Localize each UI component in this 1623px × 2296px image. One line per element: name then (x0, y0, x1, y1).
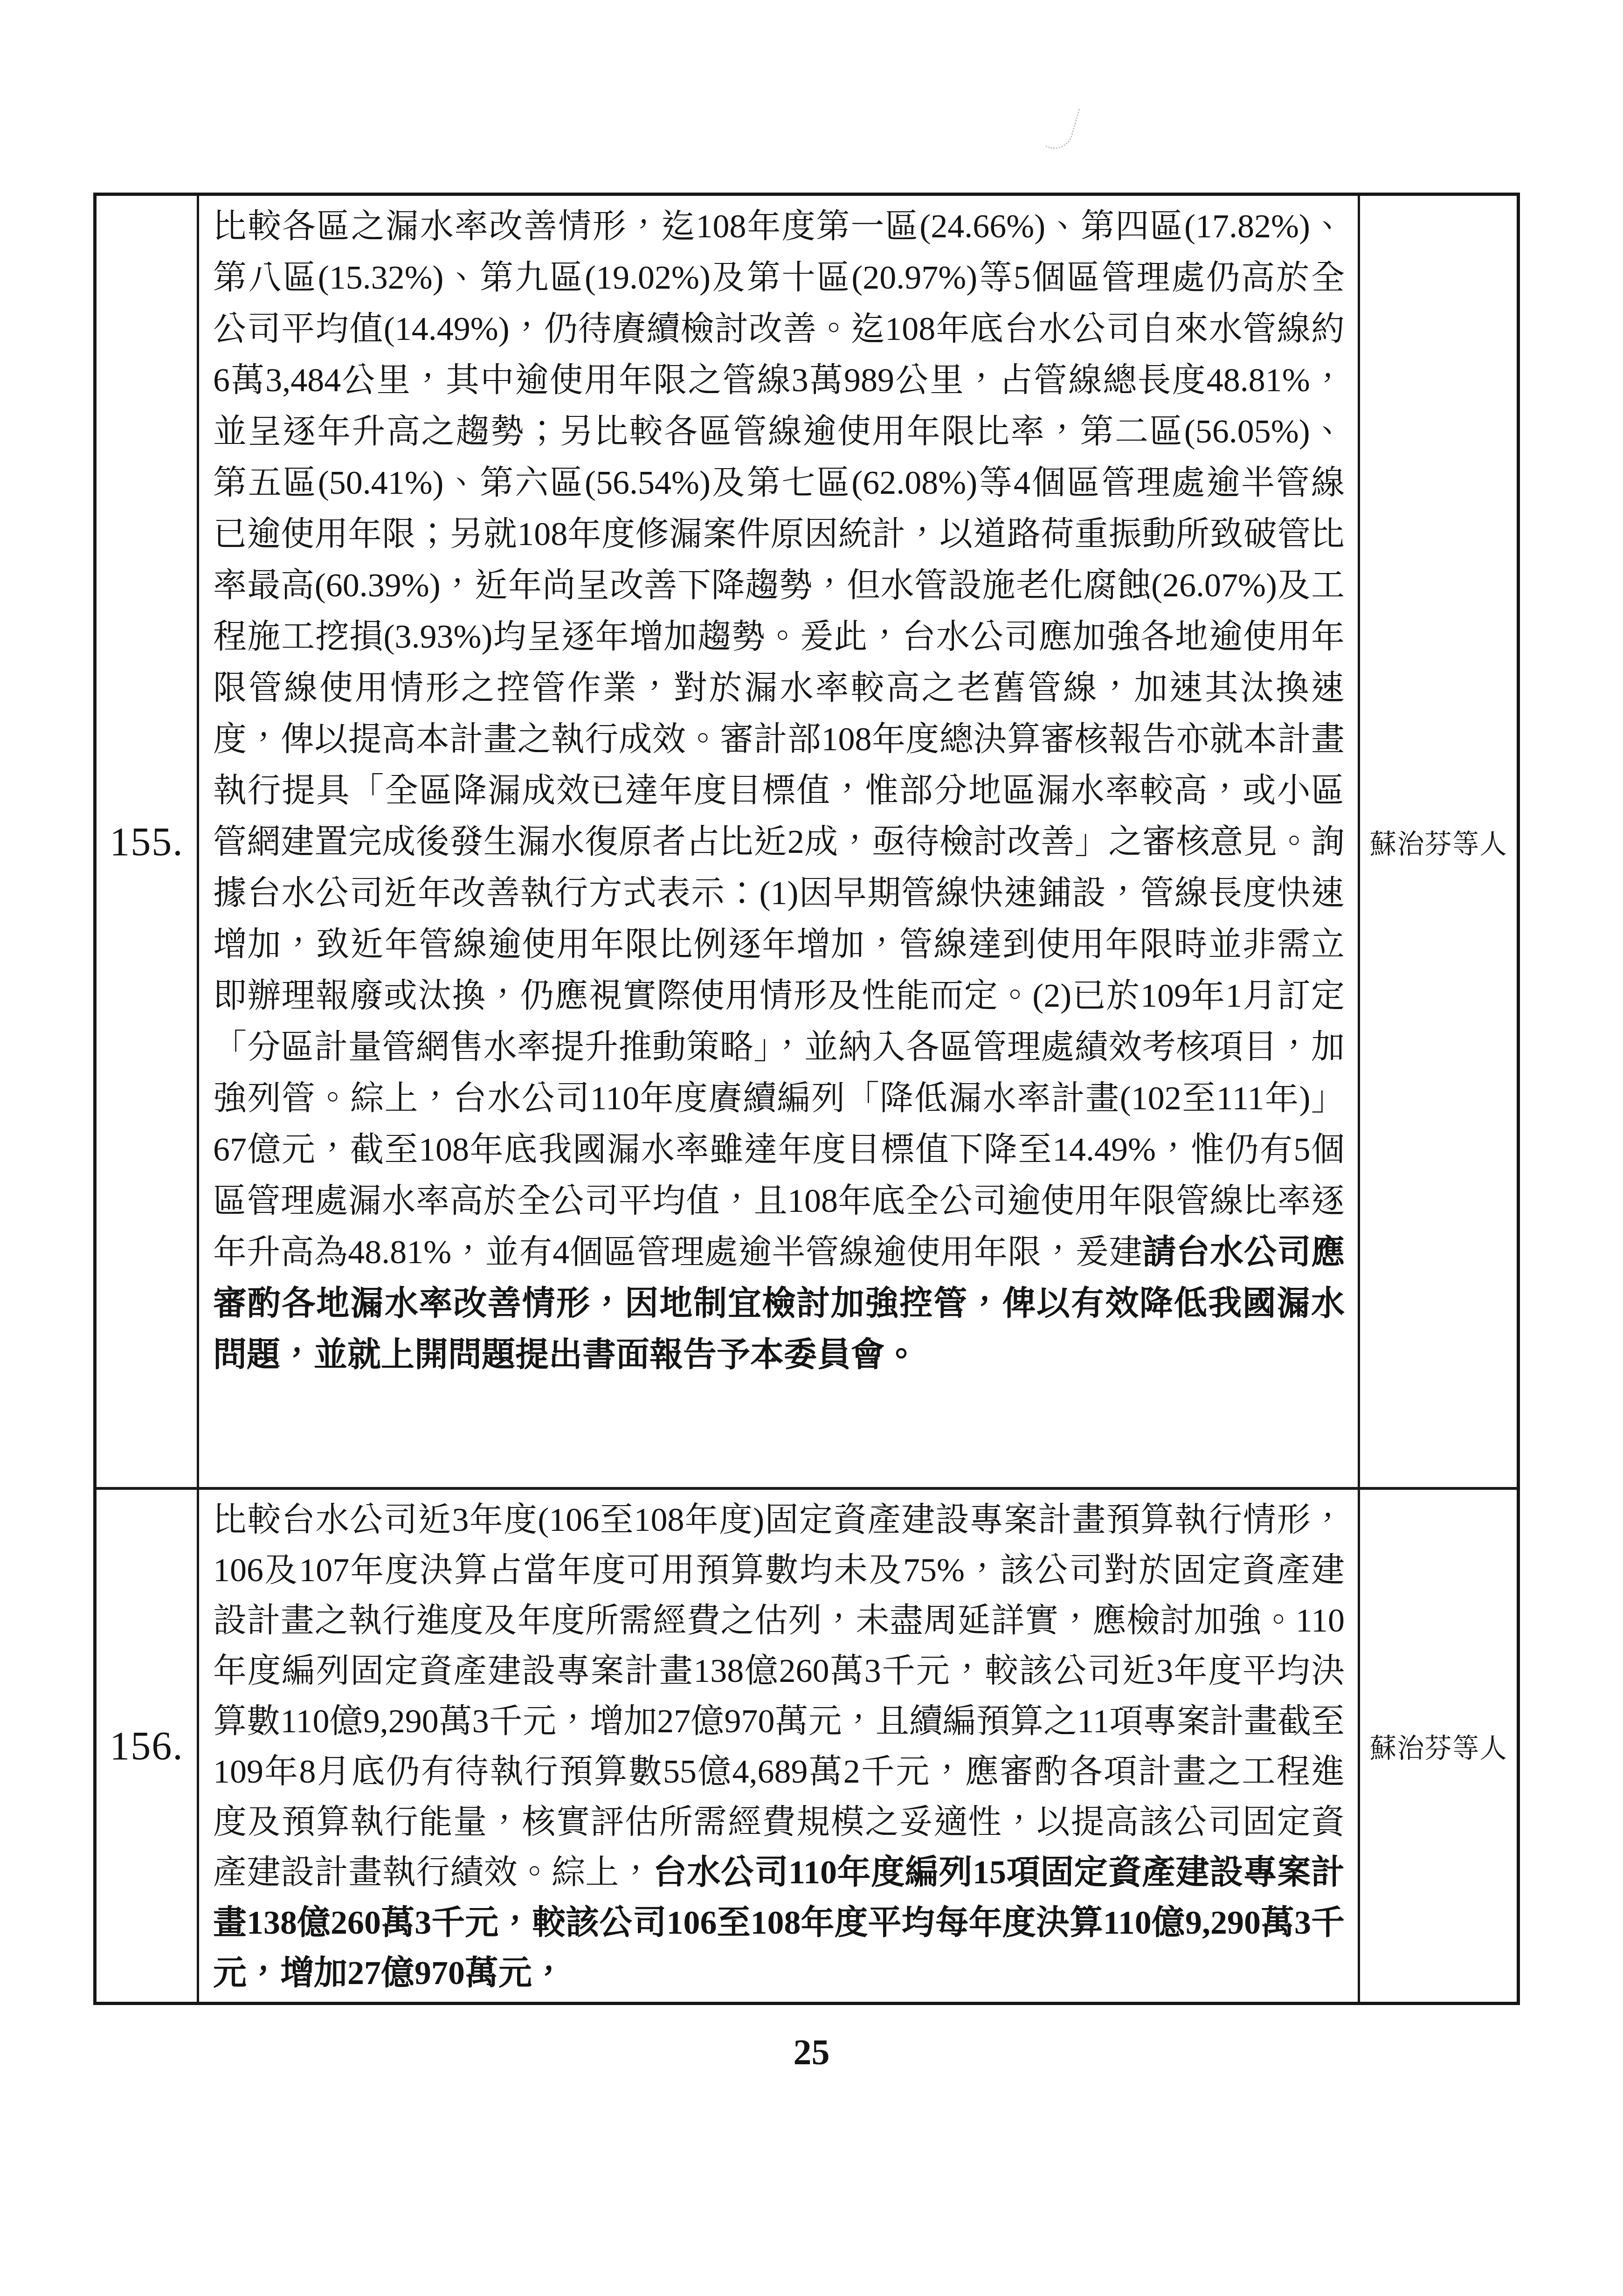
proposer-name-155: 蘇治芬等人 (1369, 822, 1507, 861)
item-number-156: 156. (110, 1722, 184, 1769)
scan-artifact (1045, 103, 1080, 153)
text-run: 比較台水公司近3年度(106至108年度)固定資產建設專案計畫預算執行情形，10… (213, 1501, 1345, 1891)
statement-cell-155: 比較各區之漏水率改善情形，迄108年度第一區(24.66%)、第四區(17.82… (199, 196, 1360, 1490)
page-number: 25 (0, 2031, 1623, 2073)
document-page: 155. 比較各區之漏水率改善情形，迄108年度第一區(24.66%)、第四區(… (0, 0, 1623, 2296)
statement-text-156: 比較台水公司近3年度(106至108年度)固定資產建設專案計畫預算執行情形，10… (213, 1501, 1345, 1992)
text-run: 比較各區之漏水率改善情形，迄108年度第一區(24.66%)、第四區(17.82… (213, 207, 1345, 1271)
proposer-cell-156: 蘇治芬等人 (1360, 1490, 1517, 2002)
statement-cell-156: 比較台水公司近3年度(106至108年度)固定資產建設專案計畫預算執行情形，10… (199, 1490, 1360, 2002)
review-table: 155. 比較各區之漏水率改善情形，迄108年度第一區(24.66%)、第四區(… (93, 193, 1520, 2005)
item-number-cell-155: 155. (97, 196, 199, 1490)
proposer-name-156: 蘇治芬等人 (1369, 1726, 1507, 1765)
item-number-155: 155. (110, 818, 184, 865)
statement-text-155: 比較各區之漏水率改善情形，迄108年度第一區(24.66%)、第四區(17.82… (213, 207, 1345, 1373)
item-number-cell-156: 156. (97, 1490, 199, 2002)
proposer-cell-155: 蘇治芬等人 (1360, 196, 1517, 1490)
